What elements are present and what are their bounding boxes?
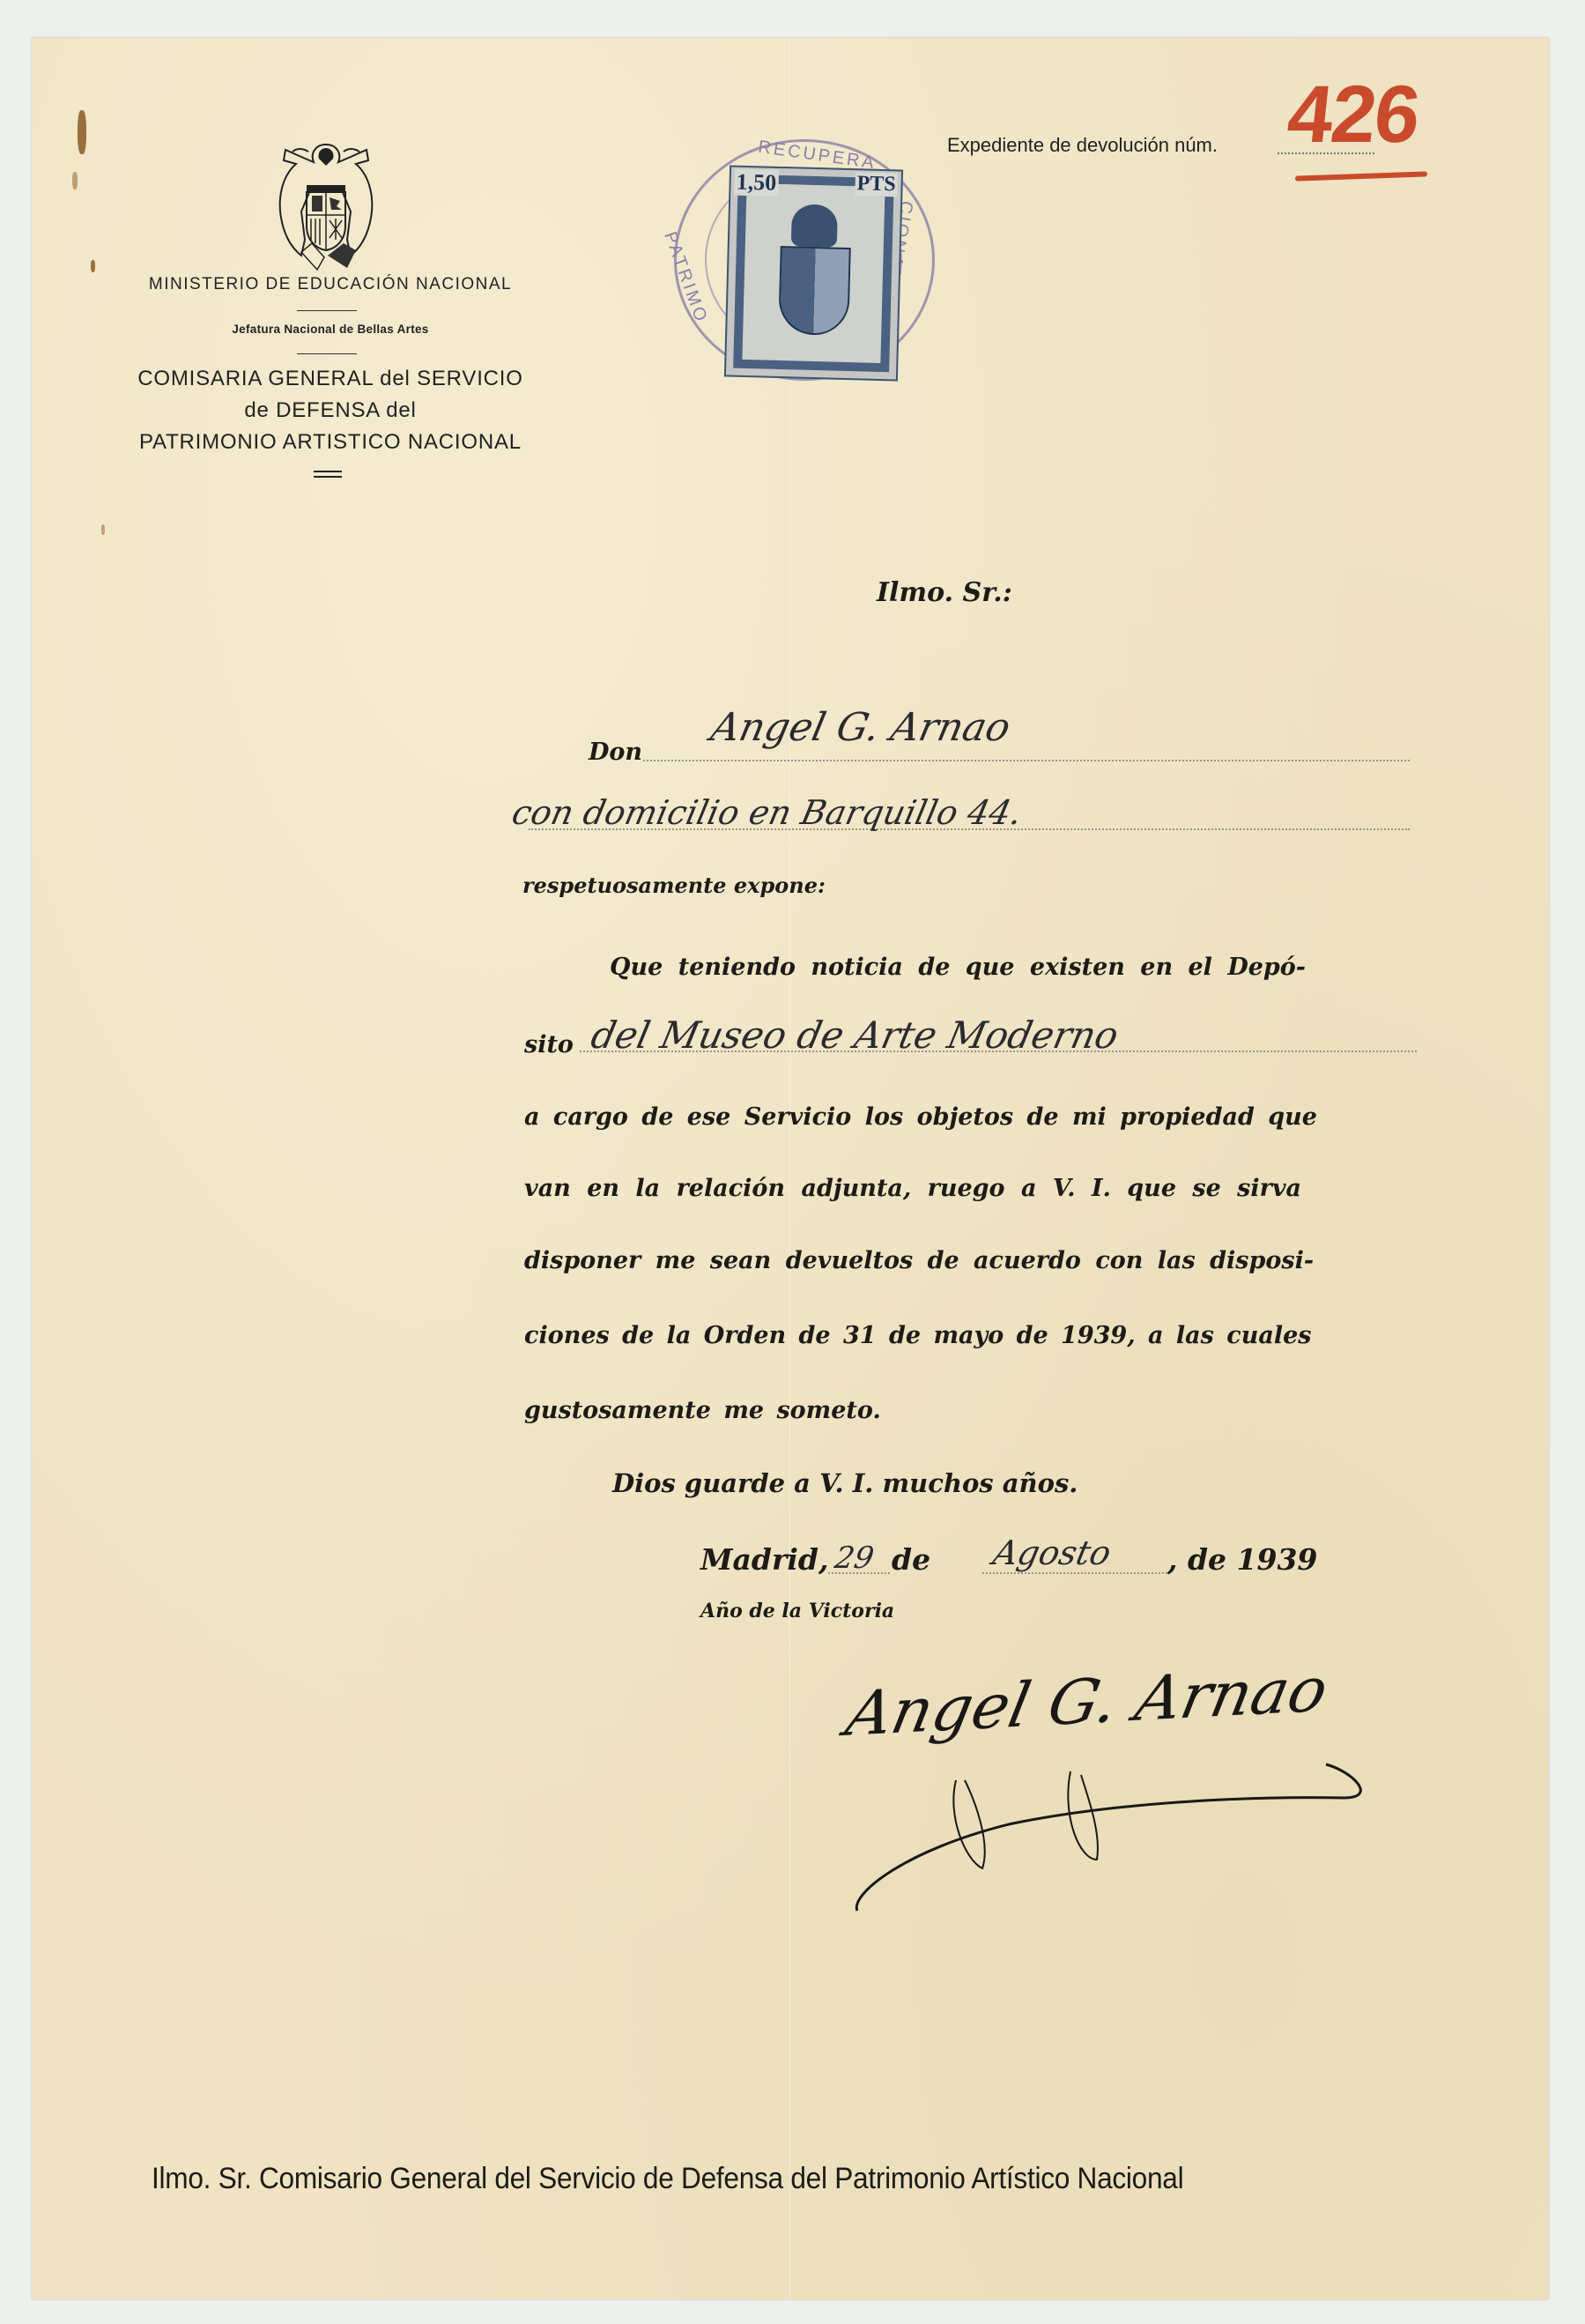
fiscal-revenue-stamp: 1,50 PTS <box>724 165 903 381</box>
stamp-unit: PTS <box>855 172 898 197</box>
double-rule <box>314 476 342 478</box>
file-number-label: Expediente de devolución núm. <box>947 134 1218 157</box>
body-line-6: ciones de la Orden de 31 de mayo de 1939… <box>524 1322 1311 1349</box>
rust-stain <box>91 260 95 272</box>
body-line-5: disponer me sean devueltos de acuerdo co… <box>524 1247 1314 1274</box>
coat-of-arms-icon <box>275 141 377 275</box>
salutation: Ilmo. Sr.: <box>877 577 1012 608</box>
era-label: Año de la Victoria <box>700 1600 894 1622</box>
expone-label: respetuosamente expone: <box>522 872 826 898</box>
body-line-1: Que teniendo noticia de que existen en e… <box>610 954 1306 981</box>
deposit-location-handwritten: del Museo de Arte Moderno <box>588 1014 1122 1057</box>
applicant-name-handwritten: Angel G. Arnao <box>707 705 1015 750</box>
name-dotted-line <box>643 760 1410 761</box>
don-label: Don <box>589 739 642 766</box>
addressee-footer: Ilmo. Sr. Comisario General del Servicio… <box>152 2162 1183 2196</box>
place-label: Madrid, <box>700 1542 828 1577</box>
month-dotted-line <box>982 1572 1167 1574</box>
divider <box>297 353 357 354</box>
year-label: , de 1939 <box>1167 1542 1317 1577</box>
department-name: Jefatura Nacional de Bellas Artes <box>123 323 537 336</box>
commission-line-1: COMISARIA GENERAL del SERVICIO <box>123 363 537 395</box>
closing-formula: Dios guarde a V. I. muchos años. <box>612 1468 1078 1498</box>
applicant-address-handwritten: con domicilio en Barquillo 44. <box>508 793 1026 832</box>
eagle-icon <box>791 204 838 247</box>
shield-icon <box>778 246 851 336</box>
de-label: de <box>892 1542 930 1577</box>
body-line-3: a cargo de ese Servicio los objetos de m… <box>524 1103 1317 1131</box>
signature-flourish <box>850 1763 1396 1921</box>
body-line-7: gustosamente me someto. <box>524 1397 881 1424</box>
body-line-2: sito <box>524 1031 574 1058</box>
month-handwritten: Agosto <box>989 1533 1115 1572</box>
file-number-value: 426 <box>1283 69 1423 161</box>
rust-stain <box>72 172 78 189</box>
stamp-value: 1,50 <box>734 169 778 197</box>
body-line-4: van en la relación adjunta, ruego a V. I… <box>524 1175 1301 1202</box>
rust-stain <box>101 524 105 535</box>
ministry-name: MINISTERIO DE EDUCACIÓN NACIONAL <box>123 275 537 294</box>
divider <box>297 310 357 311</box>
double-rule <box>314 471 342 472</box>
commission-line-2: de DEFENSA del <box>123 395 537 427</box>
commission-line-3: PATRIMONIO ARTISTICO NACIONAL <box>123 427 537 458</box>
day-handwritten: 29 <box>832 1541 876 1576</box>
rust-stain <box>78 110 86 154</box>
